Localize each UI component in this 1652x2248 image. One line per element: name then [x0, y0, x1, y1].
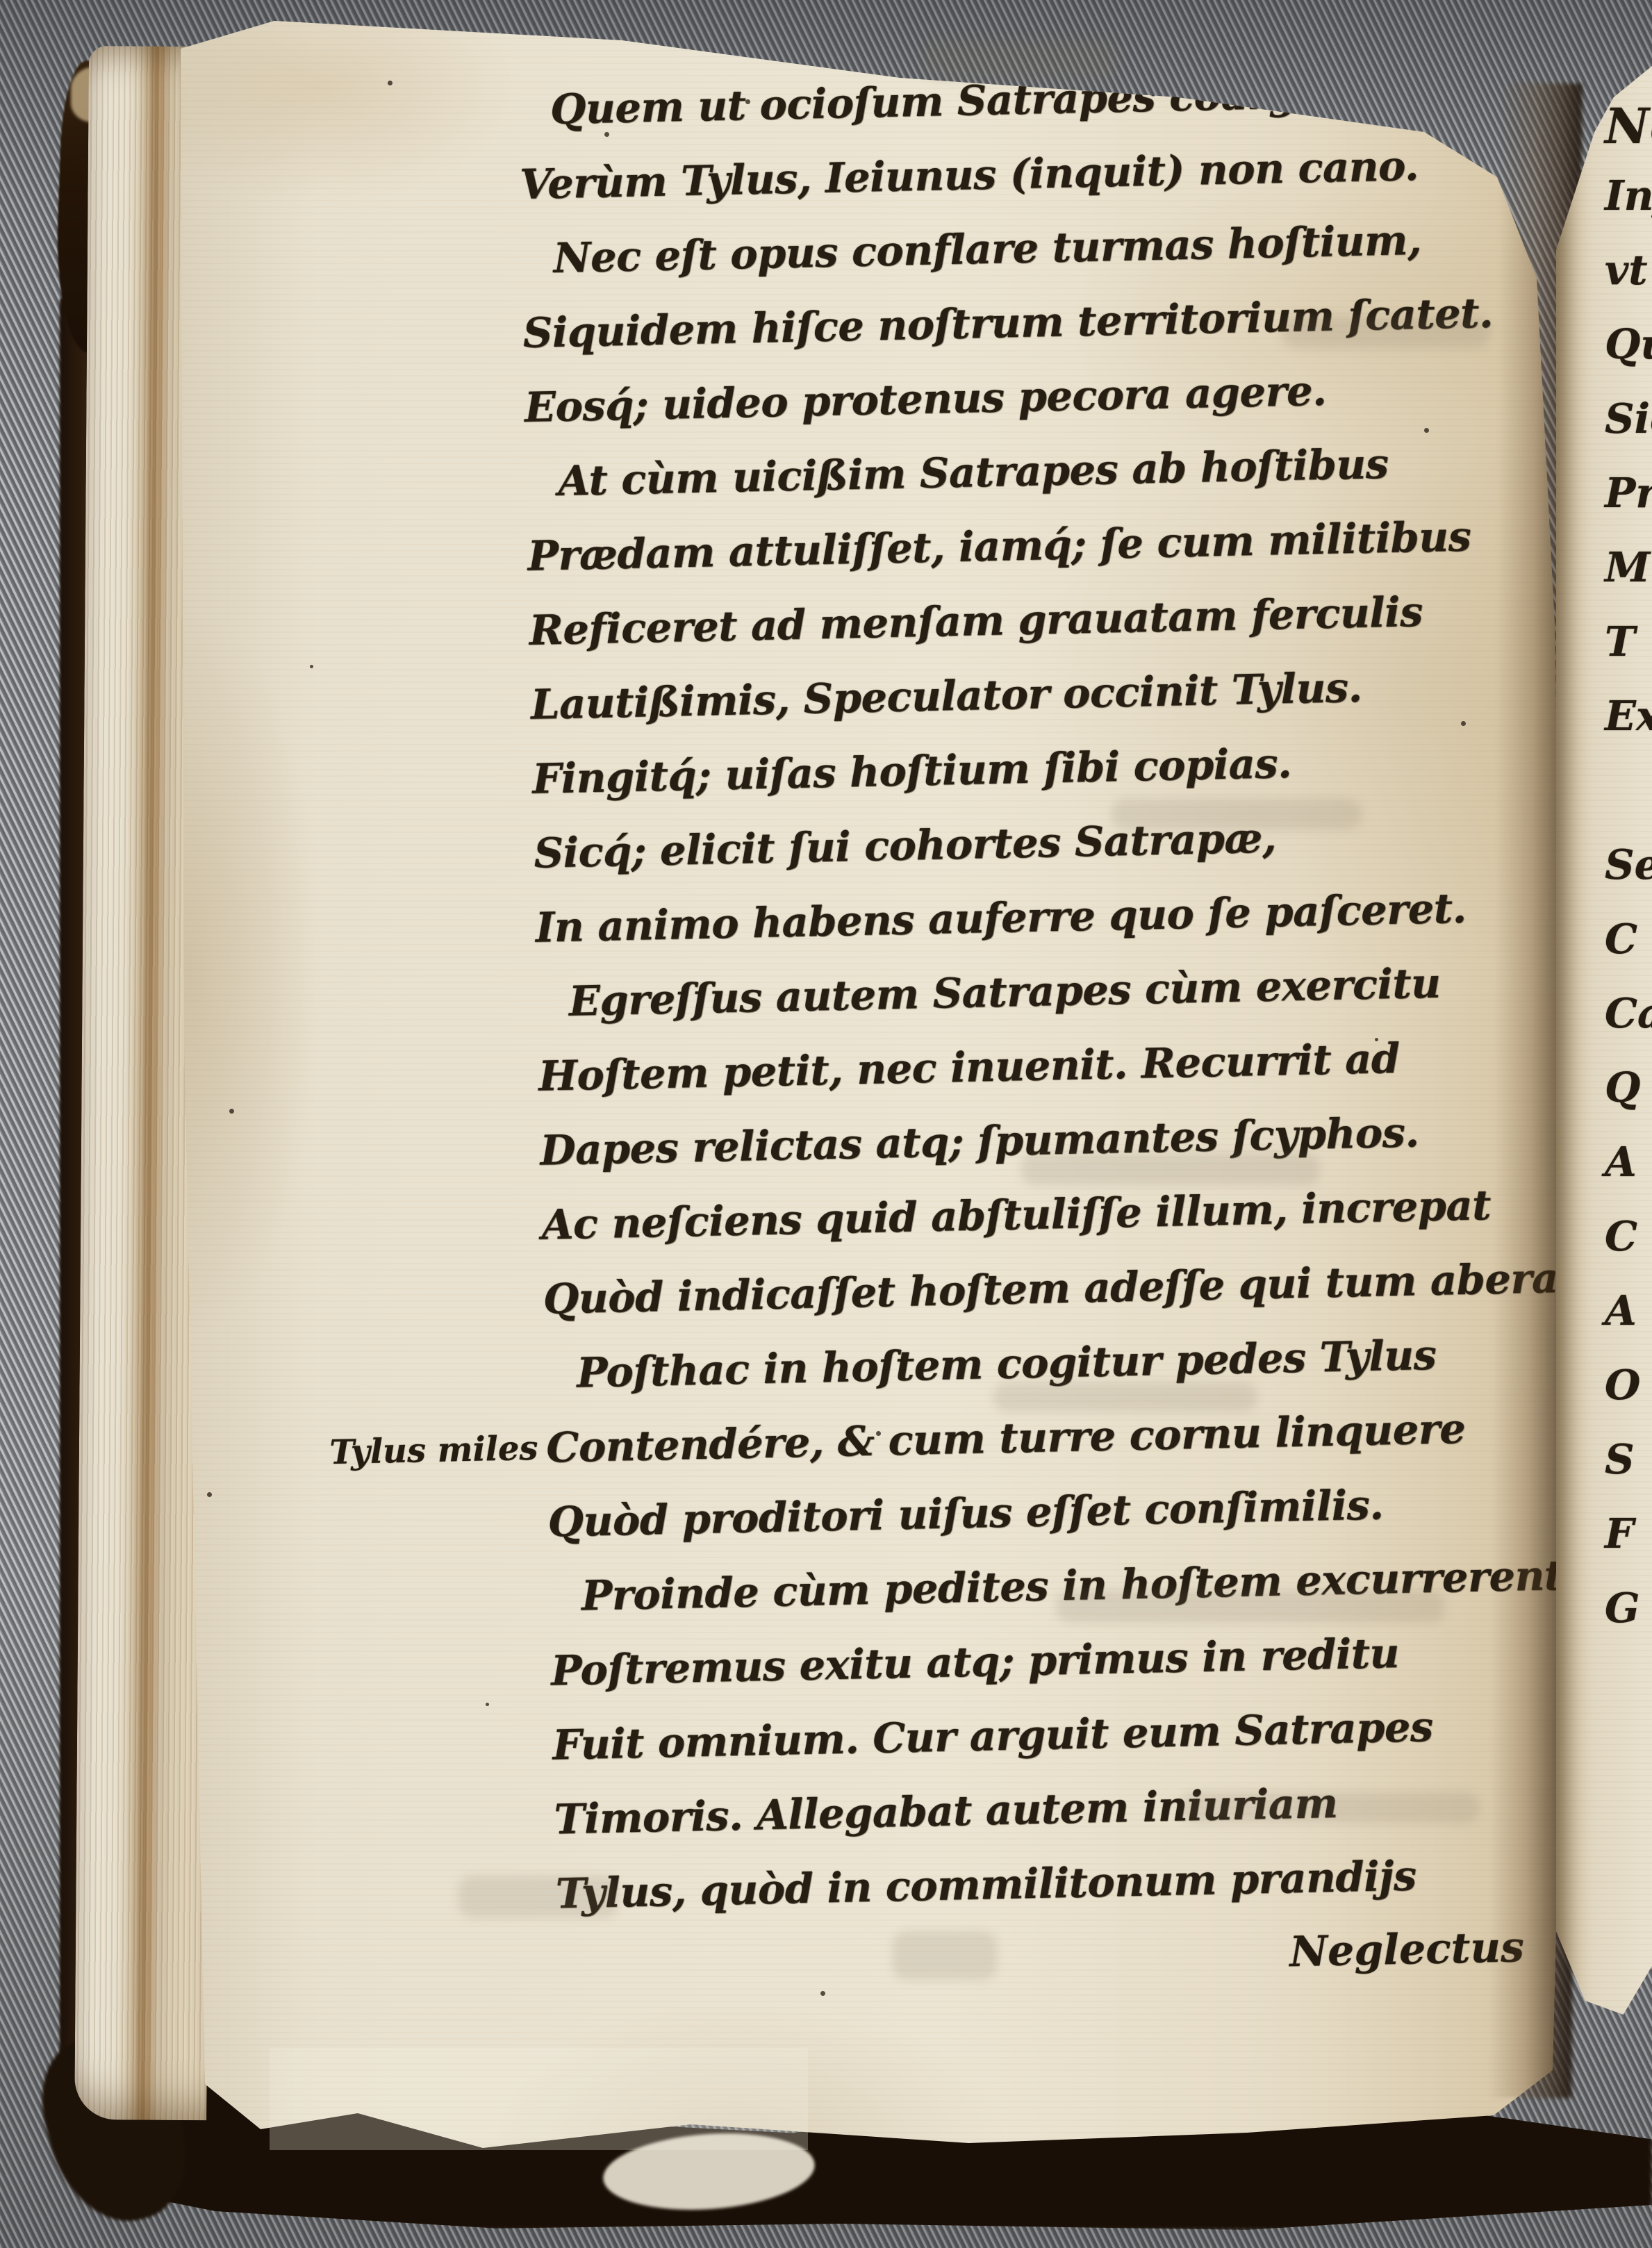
show-through-smudge — [1181, 1792, 1480, 1823]
facing-line-fragment: F — [1605, 1510, 1634, 1557]
margin-note: Tylus miles — [329, 1429, 538, 1472]
facing-line-fragment: Se — [1605, 841, 1652, 889]
facing-line-fragment: vt — [1605, 246, 1648, 294]
photograph-of-open-book: Tylus miles Quem ut ocioſum Satrapes coa… — [0, 0, 1652, 2248]
facing-line-fragment: Sic — [1605, 395, 1652, 443]
facing-line-fragment: O — [1605, 1361, 1640, 1409]
facing-line-fragment: Q — [1605, 1064, 1640, 1111]
facing-line-fragment: G — [1605, 1584, 1639, 1632]
facing-line-fragment: Ne — [1605, 97, 1652, 155]
show-through-smudge — [993, 1382, 1257, 1412]
show-through-smudge — [1056, 1591, 1445, 1623]
facing-line-fragment: C — [1605, 915, 1637, 963]
facing-line-fragment: Pr — [1605, 469, 1652, 517]
facing-line-fragment: Qu — [1605, 320, 1652, 368]
facing-line-fragment: Ex — [1605, 692, 1652, 740]
facing-line-fragment: S — [1605, 1435, 1635, 1483]
facing-line-fragment: A — [1605, 1287, 1637, 1334]
facing-line-fragment: A — [1605, 1138, 1637, 1186]
facing-line-fragment: Inſ — [1605, 172, 1652, 220]
facing-line-fragment: T — [1605, 618, 1635, 666]
show-through-smudge — [1112, 799, 1362, 829]
show-through-smudge — [893, 1931, 997, 1980]
facing-page-sliver: Ne Inſ vt Qu Sic Pr M T Ex Se C Ca Q A C… — [1556, 56, 1652, 2056]
show-through-smudge — [1282, 316, 1490, 348]
facing-line-fragment: C — [1605, 1212, 1637, 1260]
show-through-smudge — [924, 38, 1118, 80]
show-through-smudge — [459, 1876, 618, 1917]
paper-specks — [0, 0, 2, 2]
facing-line-fragment: Ca — [1605, 989, 1652, 1037]
exposure-artifact — [270, 2048, 808, 2150]
facing-line-fragment: M — [1605, 543, 1650, 591]
show-through-smudge — [1021, 1153, 1320, 1185]
